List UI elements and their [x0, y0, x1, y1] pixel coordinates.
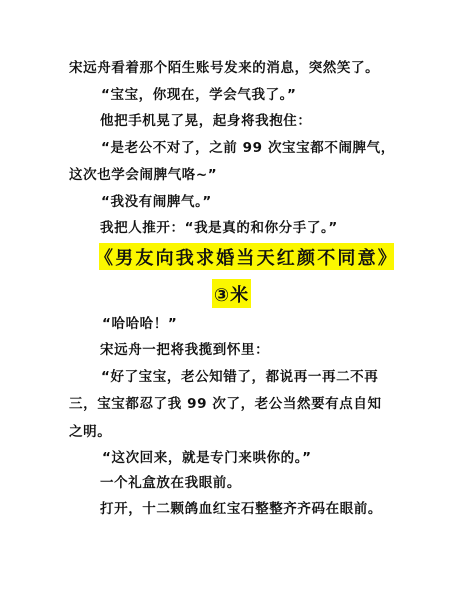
paragraph-line: 之明。	[69, 423, 111, 441]
paragraph-line: 我把人推开：“我是真的和你分手了。”	[100, 219, 338, 237]
paragraph-line: “我没有闹脾气。”	[101, 193, 212, 211]
paragraph-line: 三，宝宝都忍了我 99 次了，老公当然要有点自知	[69, 395, 382, 413]
paragraph-line: “哈哈哈！”	[102, 315, 177, 333]
paragraph-line: “是老公不对了，之前 99 次宝宝都不闹脾气，	[101, 139, 395, 157]
chapter-subtitle: ③米	[214, 281, 249, 307]
paragraph-line: “好了宝宝，老公知错了，都说再一再二不再	[101, 368, 378, 386]
paragraph-line: “宝宝，你现在，学会气我了。”	[101, 86, 297, 104]
chapter-subtitle-highlight: ③米	[212, 279, 251, 308]
paragraph-line: 打开，十二颗鸽血红宝石整整齐齐码在眼前。	[100, 500, 382, 518]
paragraph-line: 宋远舟一把将我揽到怀里：	[100, 341, 269, 359]
paragraph-line: 宋远舟看着那个陌生账号发来的消息，突然笑了。	[69, 59, 379, 77]
chapter-title-highlight: 《男友向我求婚当天红颜不同意》	[99, 243, 394, 270]
paragraph-line: 这次也学会闹脾气咯~”	[69, 166, 217, 184]
paragraph-line: “这次回来，就是专门来哄你的。”	[102, 449, 312, 467]
paragraph-line: 他把手机晃了晃，起身将我抱住：	[100, 112, 312, 130]
paragraph-line: 一个礼盒放在我眼前。	[100, 474, 241, 492]
chapter-title: 《男友向我求婚当天红颜不同意》	[95, 244, 398, 270]
